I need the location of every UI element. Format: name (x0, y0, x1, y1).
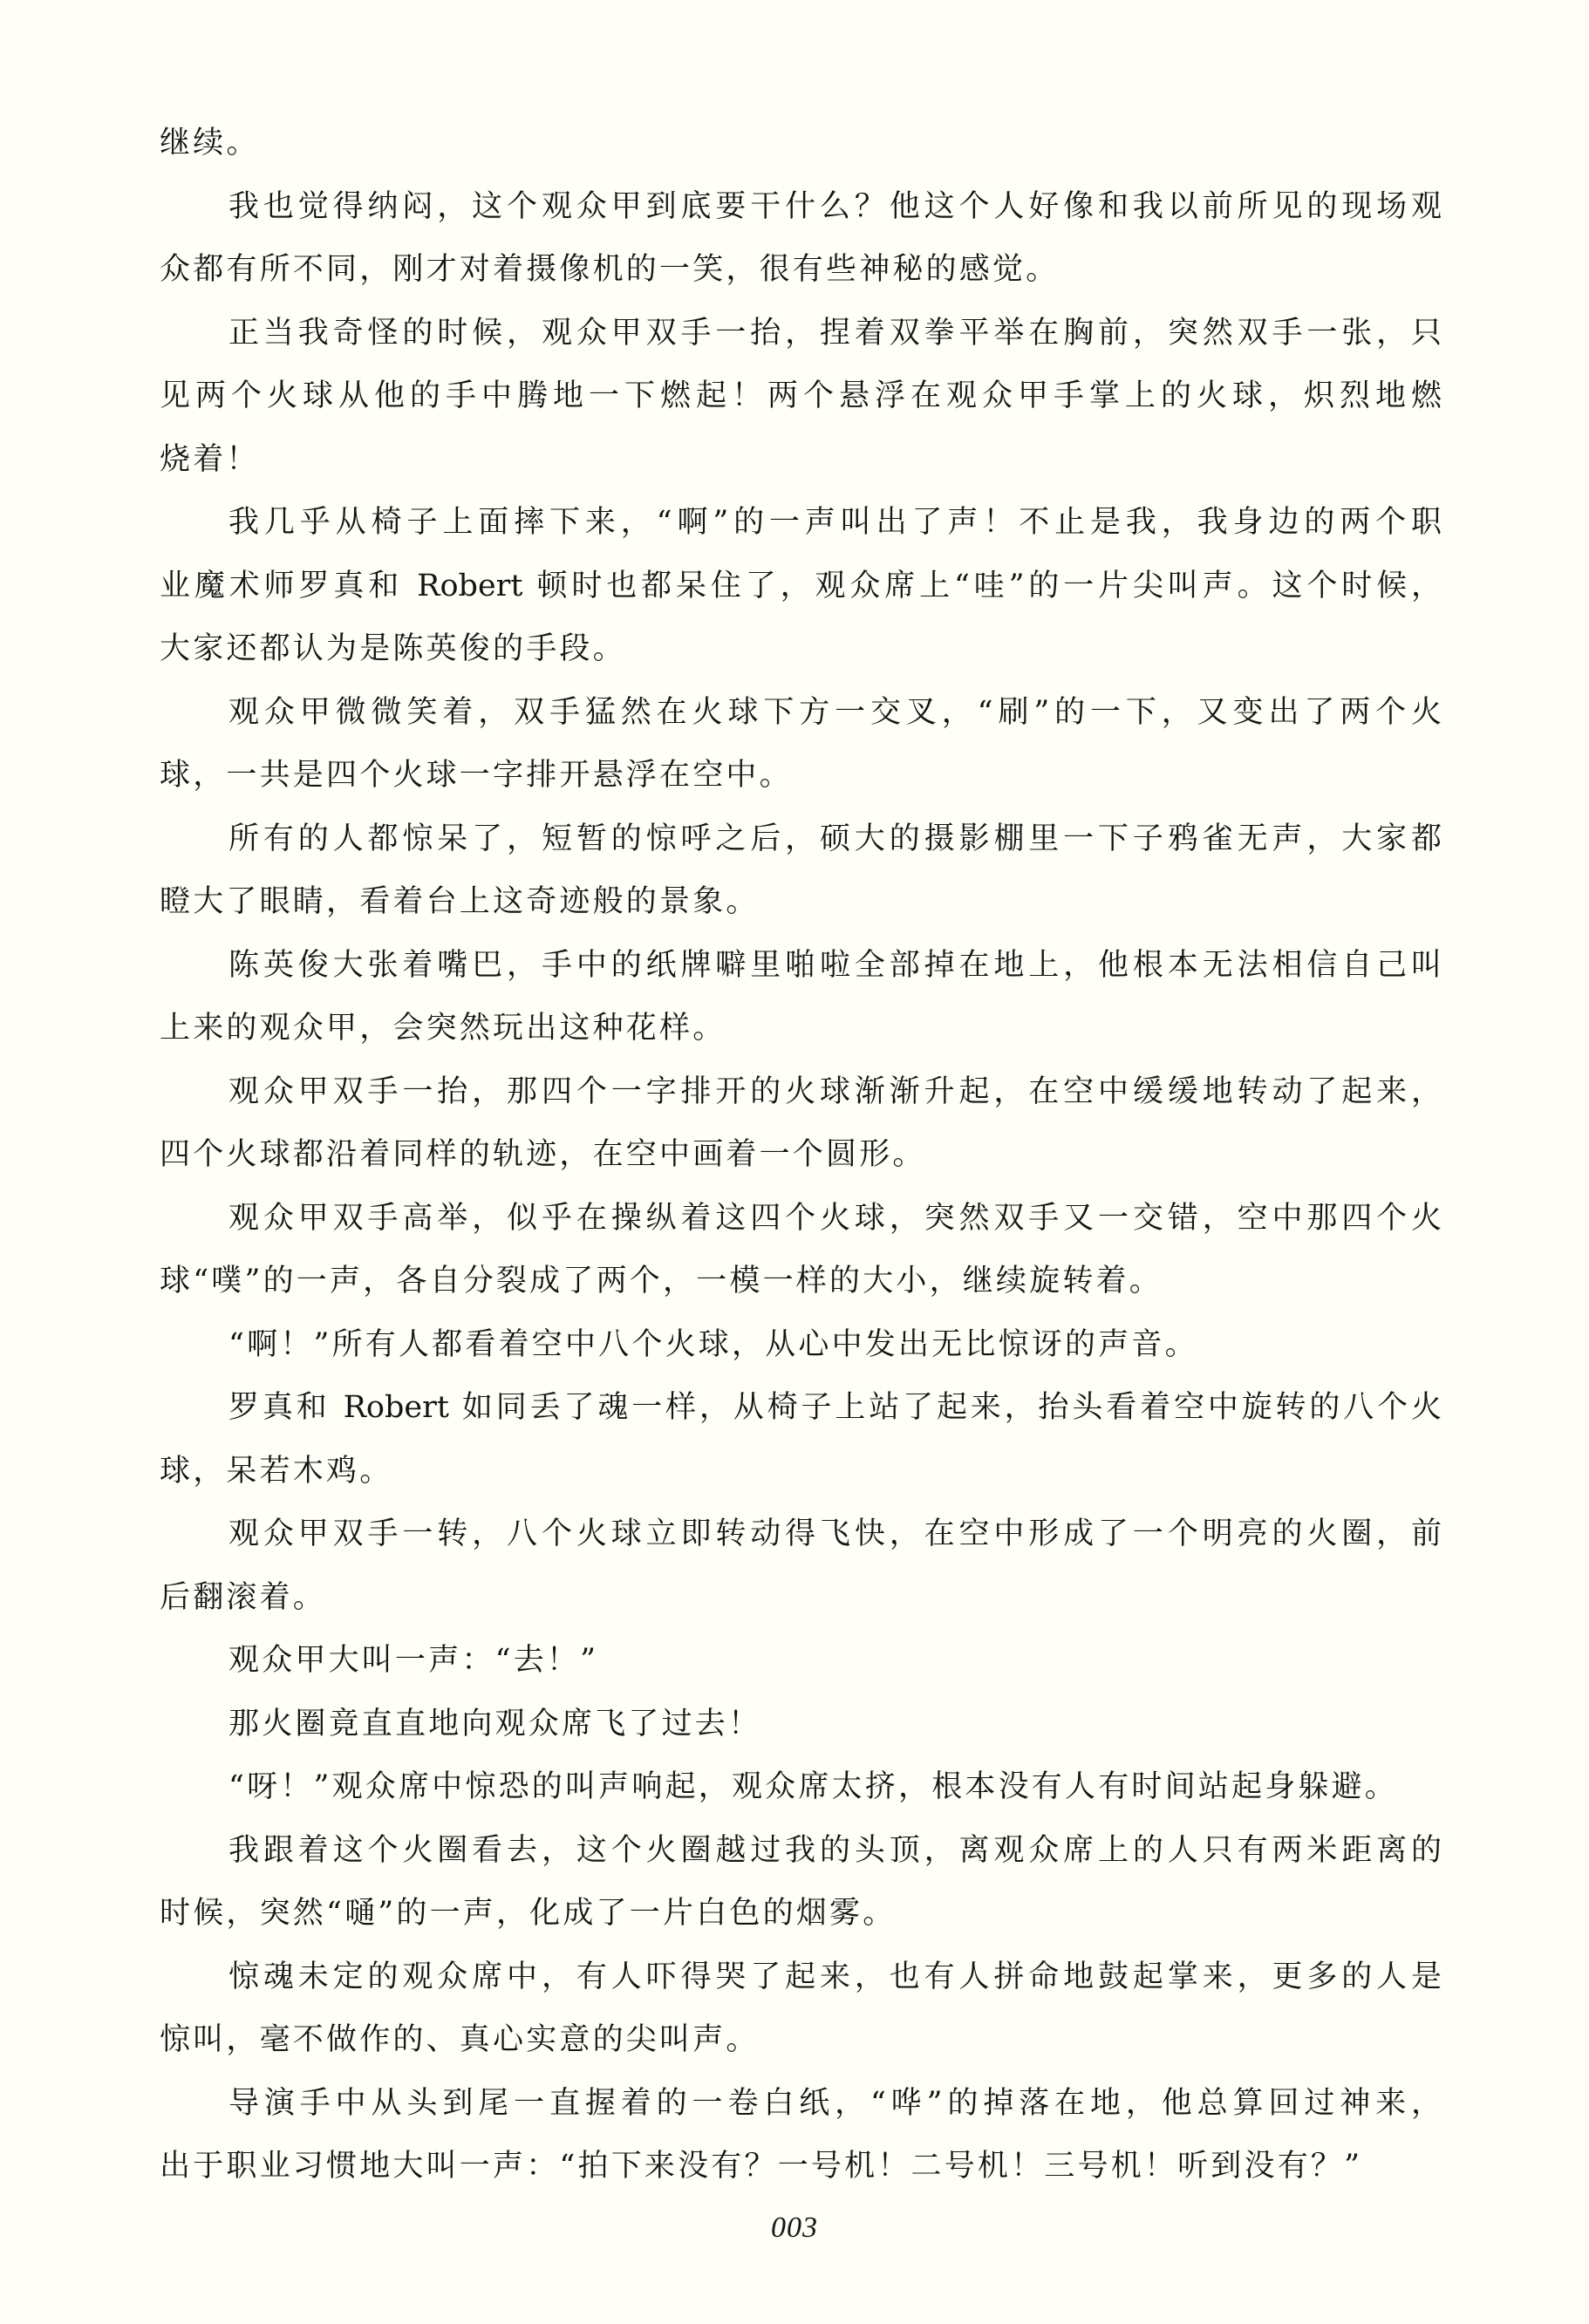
text-line: 众都有所不同，刚才对着摄像机的一笑，很有些神秘的感觉。 (160, 238, 1442, 302)
text-line: 正当我奇怪的时候，观众甲双手一抬，捏着双拳平举在胸前，突然双手一张，只 (160, 302, 1442, 365)
text-line: 球“噗”的一声，各自分裂成了两个，一模一样的大小，继续旋转着。 (160, 1250, 1442, 1313)
text-line: 罗真和 Robert 如同丢了魂一样，从椅子上站了起来，抬头看着空中旋转的八个火 (160, 1376, 1442, 1440)
text-line: 烧着！ (160, 428, 1442, 492)
text-line: 惊魂未定的观众席中，有人吓得哭了起来，也有人拼命地鼓起掌来，更多的人是 (160, 1946, 1442, 2009)
text-line: 四个火球都沿着同样的轨迹，在空中画着一个圆形。 (160, 1123, 1442, 1187)
text-line: 我也觉得纳闷，这个观众甲到底要干什么？他这个人好像和我以前所见的现场观 (160, 175, 1442, 239)
text-line: 惊叫，毫不做作的、真心实意的尖叫声。 (160, 2008, 1442, 2072)
book-page: 继续。 我也觉得纳闷，这个观众甲到底要干什么？他这个人好像和我以前所见的现场观 … (0, 0, 1589, 2324)
text-line: 瞪大了眼睛，看着台上这奇迹般的景象。 (160, 870, 1442, 934)
text-line: 观众甲双手高举，似乎在操纵着这四个火球，突然双手又一交错，空中那四个火 (160, 1187, 1442, 1251)
text-line: “啊！”所有人都看着空中八个火球，从心中发出无比惊讶的声音。 (160, 1313, 1442, 1377)
text-line: 陈英俊大张着嘴巴，手中的纸牌噼里啪啦全部掉在地上，他根本无法相信自己叫 (160, 934, 1442, 998)
text-line: “呀！”观众席中惊恐的叫声响起，观众席太挤，根本没有人有时间站起身躲避。 (160, 1755, 1442, 1819)
text-line: 观众甲双手一转，八个火球立即转动得飞快，在空中形成了一个明亮的火圈，前 (160, 1503, 1442, 1566)
text-line: 出于职业习惯地大叫一声：“拍下来没有？一号机！二号机！三号机！听到没有？” (160, 2135, 1442, 2198)
text-line: 我几乎从椅子上面摔下来，“啊”的一声叫出了声！不止是我，我身边的两个职 (160, 491, 1442, 555)
text-line: 那火圈竟直直地向观众席飞了过去！ (160, 1693, 1442, 1756)
text-line: 后翻滚着。 (160, 1566, 1442, 1630)
text-line: 时候，突然“嗵”的一声，化成了一片白色的烟雾。 (160, 1882, 1442, 1946)
text-line: 球，呆若木鸡。 (160, 1440, 1442, 1503)
body-text: 继续。 我也觉得纳闷，这个观众甲到底要干什么？他这个人好像和我以前所见的现场观 … (160, 112, 1442, 2198)
text-line: 大家还都认为是陈英俊的手段。 (160, 617, 1442, 681)
text-line: 球，一共是四个火球一字排开悬浮在空中。 (160, 744, 1442, 808)
text-line: 所有的人都惊呆了，短暂的惊呼之后，硕大的摄影棚里一下子鸦雀无声，大家都 (160, 808, 1442, 871)
text-line: 观众甲微微笑着，双手猛然在火球下方一交叉，“刷”的一下，又变出了两个火 (160, 681, 1442, 745)
text-line: 业魔术师罗真和 Robert 顿时也都呆住了，观众席上“哇”的一片尖叫声。这个时… (160, 555, 1442, 618)
text-line: 导演手中从头到尾一直握着的一卷白纸，“哗”的掉落在地，他总算回过神来， (160, 2072, 1442, 2136)
text-line: 见两个火球从他的手中腾地一下燃起！两个悬浮在观众甲手掌上的火球，炽烈地燃 (160, 365, 1442, 428)
text-line: 我跟着这个火圈看去，这个火圈越过我的头顶，离观众席上的人只有两米距离的 (160, 1819, 1442, 1883)
text-line: 上来的观众甲，会突然玩出这种花样。 (160, 997, 1442, 1060)
text-line: 继续。 (160, 112, 1442, 175)
page-number: 003 (0, 2212, 1589, 2245)
text-line: 观众甲大叫一声：“去！” (160, 1629, 1442, 1693)
text-line: 观众甲双手一抬，那四个一字排开的火球渐渐升起，在空中缓缓地转动了起来， (160, 1060, 1442, 1124)
